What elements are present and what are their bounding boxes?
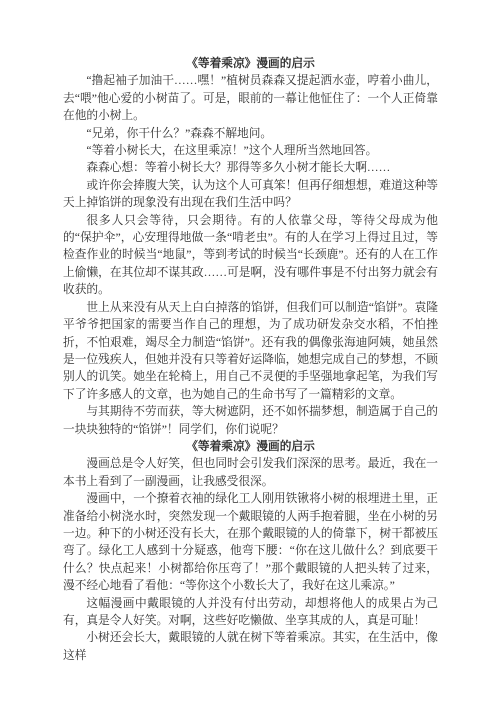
document-page: 《等着乘凉》漫画的启示 “撸起袖子加油干……嘿！”植树员森森又提起洒水壶，哼着小…	[0, 0, 500, 708]
essay2-paragraph-1: 漫画总是令人好笑，但也同时会引发我们深深的思考。最近，我在一本书上看到了一副漫画…	[63, 455, 438, 490]
essay1-paragraph-4: 森森心想：等着小树长大？那得等多久小树才能长大啊……	[63, 159, 438, 176]
essay1-paragraph-1: “撸起袖子加油干……嘿！”植树员森森又提起洒水壶，哼着小曲儿，去“喂”他心爱的小…	[63, 72, 438, 124]
essay2-paragraph-2: 漫画中，一个撩着衣袖的绿化工人刚用铁锹将小树的根埋进土里，正准备给小树浇水时，突…	[63, 490, 438, 594]
essay1-paragraph-8: 与其期待不劳而获，等大树遮阴，还不如怀揣梦想，制造属于自己的一块块独特的“馅饼”…	[63, 403, 438, 438]
essay1-paragraph-7: 世上从来没有从天上白白掉落的馅饼，但我们可以制造“馅饼”。袁隆平爷爷把国家的需要…	[63, 299, 438, 403]
essay1-paragraph-6: 很多人只会等待，只会期待。有的人依靠父母，等待父母成为他的“保护伞”，心安理得地…	[63, 212, 438, 299]
essay1-title: 《等着乘凉》漫画的启示	[63, 55, 438, 72]
essay2-paragraph-3: 这幅漫画中戴眼镜的人并没有付出劳动，却想将他人的成果占为己有，真是令人好笑。对啊…	[63, 595, 438, 630]
essay2-paragraph-4: 小树还会长大，戴眼镜的人就在树下等着乘凉。其实，在生活中，像这样	[63, 629, 438, 664]
essay2-title: 《等着乘凉》漫画的启示	[63, 438, 438, 455]
essay1-paragraph-3: “等着小树长大，在这里乘凉！”这个人理所当然地回答。	[63, 142, 438, 159]
essay1-paragraph-2: “兄弟，你干什么？”森森不解地问。	[63, 125, 438, 142]
essay1-paragraph-5: 或许你会捧腹大笑，认为这个人可真笨！但再仔细想想，难道这种等天上掉馅饼的现象没有…	[63, 177, 438, 212]
